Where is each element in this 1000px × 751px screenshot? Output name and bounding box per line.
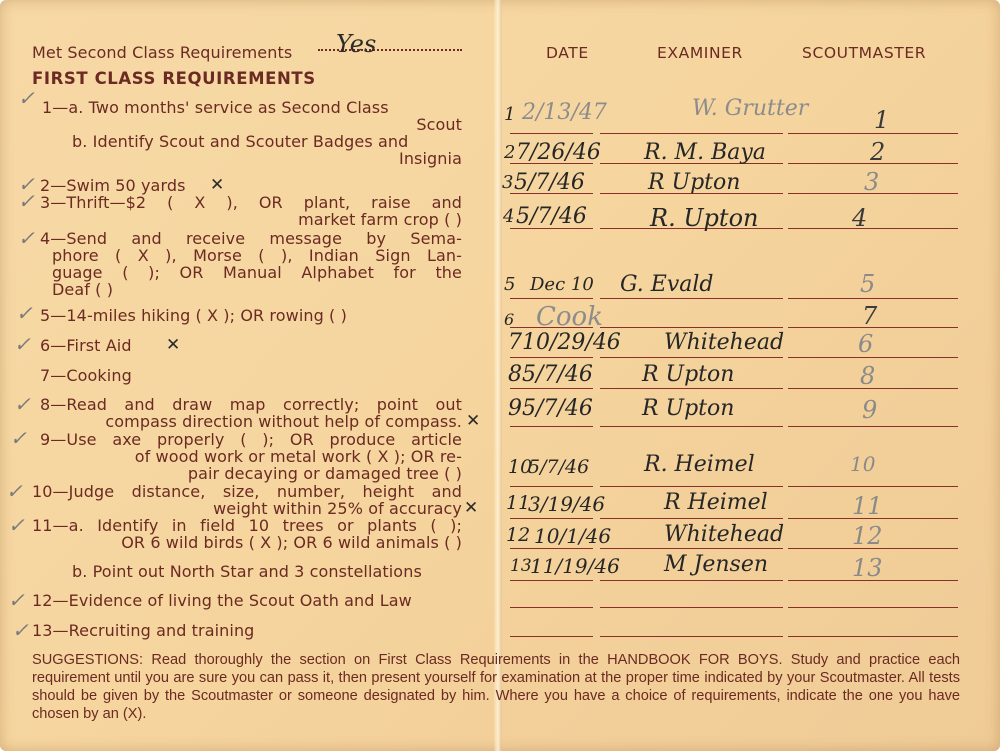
x-mark-icon: ✕ [464, 498, 478, 518]
ruled-line [510, 580, 593, 581]
ruled-line [788, 426, 958, 427]
row-date: 5/7/46 [522, 362, 593, 387]
page-title: FIRST CLASS REQUIREMENTS [32, 69, 316, 88]
ruled-line [788, 133, 958, 134]
row-date: Dec 10 [530, 274, 594, 295]
ruled-line [600, 580, 783, 581]
ruled-line [510, 636, 593, 637]
row-scoutmaster: 11 [852, 492, 883, 520]
row-number: 6 [504, 310, 514, 329]
row-number: 5 [504, 274, 515, 295]
req-1-line-4: Insignia [399, 149, 462, 168]
ruled-line [788, 636, 958, 637]
row-scoutmaster: 2 [870, 138, 885, 166]
row-number: 7 [508, 330, 522, 355]
row-date: 5/7/46 [516, 204, 587, 229]
row-examiner: R Upton [642, 362, 734, 387]
req-3-line-2: market farm crop ( ) [298, 210, 462, 229]
ruled-line [510, 426, 593, 427]
req-11-line-2: OR 6 wild birds ( X ); OR 6 wild animals… [121, 533, 462, 552]
check-icon: ✓ [16, 301, 33, 325]
req-5-line-1: 5—14-miles hiking ( X ); OR rowing ( ) [40, 306, 347, 325]
ruled-line [510, 607, 593, 608]
ruled-line [600, 298, 783, 299]
ruled-line [510, 133, 593, 134]
ruled-line [510, 548, 593, 549]
req-9-line-3: pair decaying or damaged tree ( ) [188, 464, 462, 483]
check-icon: ✓ [18, 189, 35, 213]
ruled-line [600, 357, 783, 358]
row-date: 10/1/46 [534, 524, 611, 548]
ruled-line [600, 388, 783, 389]
req-4-line-3: guage ( ); OR Manual Alphabet for the [52, 263, 462, 282]
req-12-line-1: 12—Evidence of living the Scout Oath and… [32, 591, 412, 610]
row-examiner: Whitehead [664, 330, 784, 355]
check-icon: ✓ [8, 513, 25, 537]
row-number: 3 [502, 172, 513, 193]
req-7-line-1: 7—Cooking [40, 366, 132, 385]
row-number: 2 [504, 142, 515, 163]
ruled-line [600, 518, 783, 519]
ruled-line [600, 486, 783, 487]
check-icon: ✓ [14, 392, 31, 416]
row-date: 2/13/47 [522, 100, 607, 125]
ruled-line [510, 518, 593, 519]
row-examiner: R Upton [648, 170, 740, 195]
row-examiner: R. Heimel [644, 452, 755, 477]
ruled-line [510, 298, 593, 299]
ruled-line [510, 388, 593, 389]
req-11-line-3: b. Point out North Star and 3 constellat… [72, 562, 422, 581]
req-13-line-1: 13—Recruiting and training [32, 621, 254, 640]
second-class-answer: Yes [336, 30, 376, 58]
req-1-line-3: b. Identify Scout and Scouter Badges and [72, 132, 408, 151]
row-examiner: R Heimel [664, 490, 768, 515]
row-scoutmaster: 8 [860, 362, 875, 390]
row-scoutmaster: 7 [862, 302, 877, 330]
row-examiner: Whitehead [664, 522, 784, 547]
row-number: 8 [508, 362, 522, 387]
x-mark-icon: ✕ [210, 175, 224, 195]
check-icon: ✓ [18, 86, 35, 110]
column-header-date: DATE [546, 44, 589, 62]
row-scoutmaster: 3 [864, 168, 879, 196]
row-scoutmaster: 5 [860, 270, 875, 298]
ruled-line [600, 133, 783, 134]
row-date: 3/19/46 [528, 492, 605, 516]
ruled-line [600, 607, 783, 608]
req-1-line-2: Scout [416, 115, 462, 134]
ruled-line [788, 228, 958, 229]
ruled-line [600, 636, 783, 637]
ruled-line [600, 548, 783, 549]
column-header-scoutmaster: SCOUTMASTER [802, 44, 926, 62]
row-scoutmaster: 1 [874, 106, 889, 134]
row-number: 4 [503, 206, 514, 227]
ruled-line [788, 298, 958, 299]
row-date: 5/7/46 [514, 170, 585, 195]
check-icon: ✓ [18, 226, 35, 250]
row-examiner: R. Upton [650, 204, 758, 232]
row-examiner: G. Evald [620, 272, 714, 297]
row-examiner: R. M. Baya [644, 140, 766, 165]
row-number: 12 [506, 524, 530, 546]
req-8-line-2: compass direction without help of compas… [105, 412, 462, 431]
req-6-line-1: 6—First Aid [40, 336, 132, 355]
row-number: 1 [504, 104, 515, 125]
second-class-label: Met Second Class Requirements [32, 43, 292, 62]
check-icon: ✓ [6, 479, 23, 503]
row-scoutmaster: 9 [862, 396, 877, 424]
column-header-examiner: EXAMINER [657, 44, 743, 62]
ruled-line [788, 486, 958, 487]
row-date: 11/19/46 [530, 554, 620, 578]
check-icon: ✓ [8, 588, 25, 612]
row-number: 11 [506, 492, 530, 514]
card-fold [494, 0, 502, 751]
ruled-line [600, 426, 783, 427]
ruled-line [510, 357, 593, 358]
scout-record-card: Met Second Class Requirements Yes FIRST … [0, 0, 1000, 751]
row-scoutmaster: 10 [850, 452, 875, 476]
ruled-line [600, 327, 783, 328]
row-date: 5/7/46 [522, 396, 593, 421]
x-mark-icon: ✕ [166, 335, 180, 355]
row-examiner: M Jensen [664, 552, 768, 577]
ruled-line [788, 607, 958, 608]
check-icon: ✓ [10, 426, 27, 450]
row-scoutmaster: 4 [852, 204, 867, 232]
check-icon: ✓ [14, 332, 31, 356]
check-icon: ✓ [12, 618, 29, 642]
row-number: 13 [510, 556, 532, 576]
req-4-line-4: Deaf ( ) [52, 280, 113, 299]
row-date: Cook [536, 302, 603, 332]
row-date: 7/26/46 [516, 140, 601, 165]
row-number: 9 [508, 396, 522, 421]
row-examiner: R Upton [642, 396, 734, 421]
row-examiner: W. Grutter [692, 96, 808, 121]
row-date: 5/7/46 [528, 456, 589, 478]
suggestions-text: SUGGESTIONS: Read thoroughly the section… [32, 651, 960, 723]
row-scoutmaster: 6 [858, 330, 873, 358]
x-mark-icon: ✕ [466, 411, 480, 431]
row-date: 10/29/46 [522, 330, 621, 355]
row-scoutmaster: 12 [852, 522, 883, 550]
ruled-line [510, 486, 593, 487]
row-scoutmaster: 13 [852, 554, 883, 582]
req-1-line-1: 1—a. Two months' service as Second Class [42, 98, 389, 117]
